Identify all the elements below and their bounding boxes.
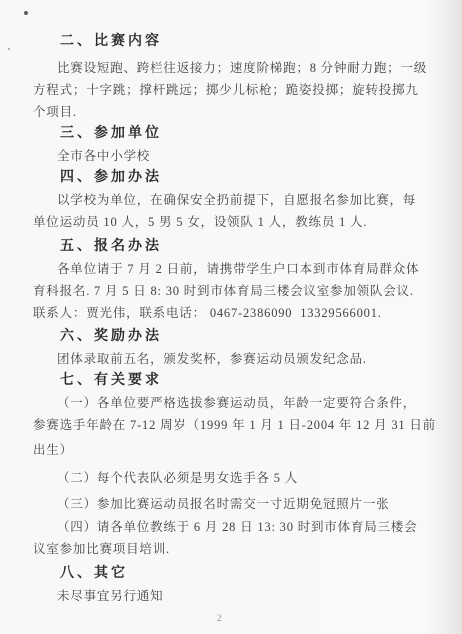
section-heading: 八、其它 <box>33 563 438 585</box>
text-line: （一）各单位要严格选拔参赛运动员，年龄一定要符合条件， <box>33 392 438 414</box>
text-line: 全市各中小学校 <box>33 145 438 167</box>
section-heading: 三、参加单位 <box>33 123 438 145</box>
section-heading: 二、比赛内容 <box>33 31 438 53</box>
text-line: 联系人：贾光伟，联系电话： 0467-2386090 13329566001. <box>33 302 438 324</box>
section-heading: 六、奖励办法 <box>33 326 438 348</box>
page-number: 2 <box>33 612 438 624</box>
text-line: 比赛设短跑、跨栏往返接力；速度阶梯跑；8 分钟耐力跑；一级 <box>33 57 438 79</box>
scan-speck <box>24 11 28 15</box>
text-line: 未尽事宜另行通知 <box>33 585 438 607</box>
document-body: 二、比赛内容 比赛设短跑、跨栏往返接力；速度阶梯跑；8 分钟耐力跑；一级 方程式… <box>33 31 438 624</box>
section-heading: 五、报名办法 <box>33 236 438 258</box>
text-line: 育科报名. 7 月 5 日 8: 30 时到市体育局三楼会议室参加领队会议. <box>33 280 438 302</box>
text-line: （二）每个代表队必须是男女选手各 5 人 <box>33 467 438 489</box>
text-line: 方程式；十字跳；撑杆跳远；掷少儿标枪；跪姿投掷；旋转投掷九 <box>33 79 438 101</box>
text-line: 参赛选手年龄在 7-12 周岁（1999 年 1 月 1 日-2004 年 12… <box>33 414 438 436</box>
text-line: 个项目. <box>33 101 438 123</box>
text-line: 议室参加比赛项目培训. <box>33 538 438 560</box>
section-heading: 七、有关要求 <box>33 370 438 392</box>
text-line: （三）参加比赛运动员报名时需交一寸近期免冠照片一张 <box>33 493 438 515</box>
text-line: 以学校为单位，在确保安全扔前提下，自愿报名参加比赛，每 <box>33 189 438 211</box>
section-heading: 四、参加办法 <box>33 167 438 189</box>
text-line: 单位运动员 10 人，5 男 5 女，设领队 1 人，教练员 1 人. <box>33 211 438 233</box>
text-line: 出生） <box>33 439 438 461</box>
scanned-document-page: 二、比赛内容 比赛设短跑、跨栏往返接力；速度阶梯跑；8 分钟耐力跑；一级 方程式… <box>0 0 462 634</box>
text-line: 团体录取前五名，颁发奖杯，参赛运动员颁发纪念品. <box>33 348 438 370</box>
text-line: （四）请各单位教练于 6 月 28 日 13: 30 时到市体育局三楼会 <box>33 516 438 538</box>
text-line: 各单位请于 7 月 2 日前，请携带学生户口本到市体育局群众体 <box>33 258 438 280</box>
scan-speck <box>8 48 10 50</box>
